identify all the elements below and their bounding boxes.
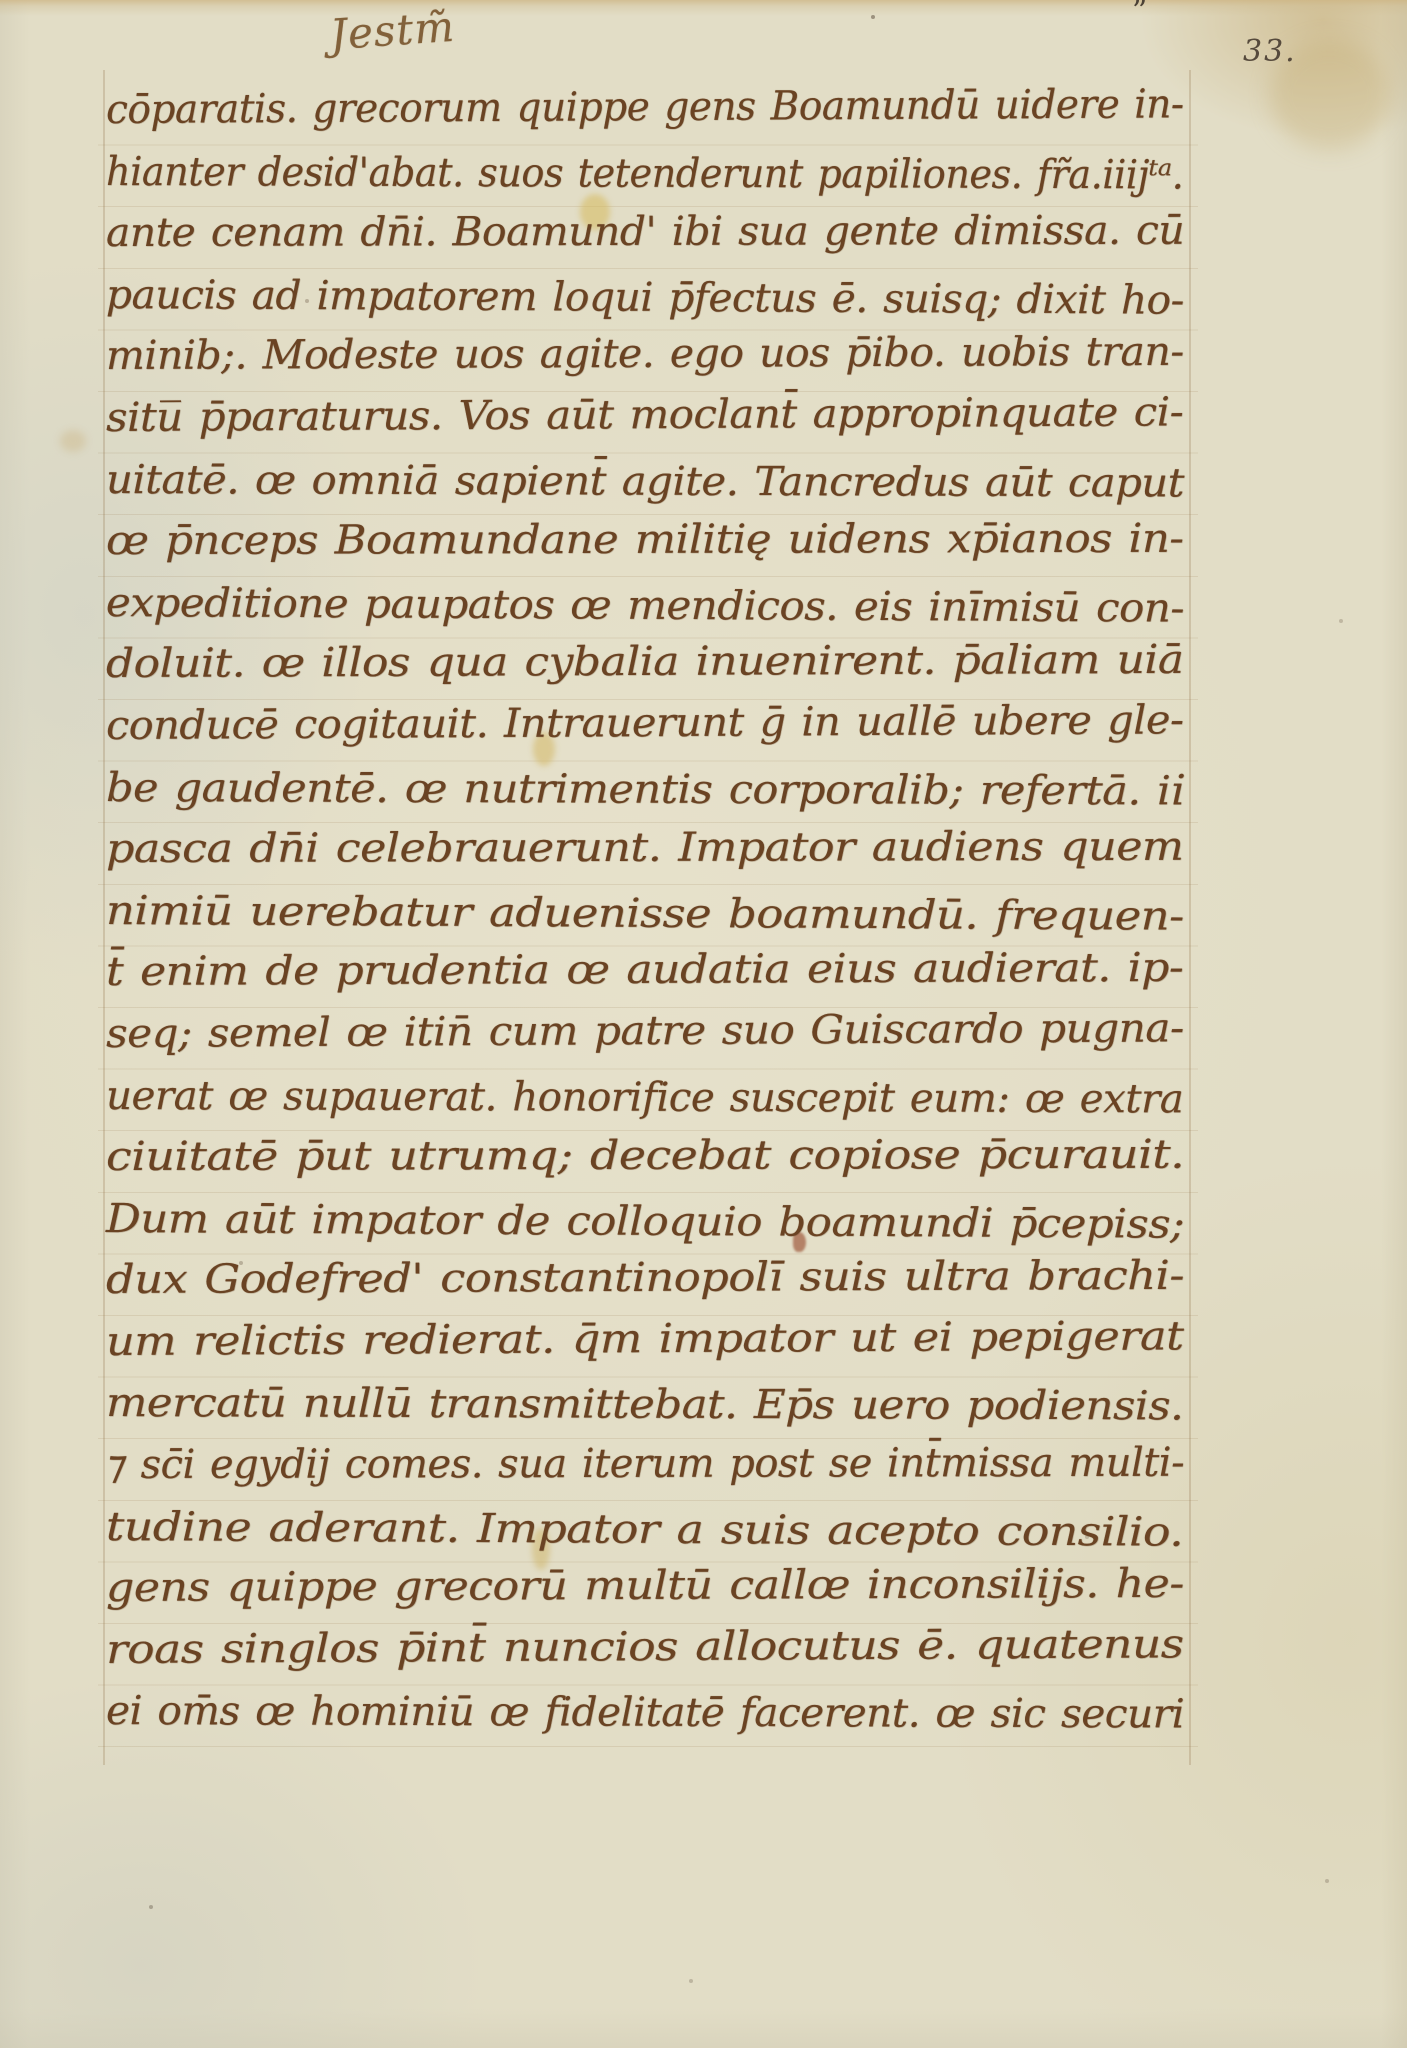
manuscript-line: conducē cogitauit. Intrauerunt ḡ in uall… bbox=[106, 690, 1192, 757]
manuscript-line: pasca dn̄i celebrauerunt. Impator audien… bbox=[106, 817, 1192, 881]
manuscript-line: ciuitatē p̄ut utrumq; decebat copiose p̄… bbox=[106, 1125, 1192, 1189]
text-block: cōparatis. grecorum quippe gens Boamundū… bbox=[106, 80, 1192, 1743]
manuscript-line: œ p̄nceps Boamundane militię uidens xp̄i… bbox=[106, 509, 1192, 573]
parchment-page: Jestm̃ 33. ” cōparatis. grecorum quippe … bbox=[0, 0, 1407, 2048]
manuscript-line: cōparatis. grecorum quippe gens Boamundū… bbox=[106, 74, 1192, 141]
manuscript-line: roas singlos p̄int̄ nuncios allocutus ē.… bbox=[106, 1614, 1192, 1681]
left-ruling-line bbox=[103, 70, 105, 1765]
manuscript-line: be gaudentē. œ nutrimentis corporalib; r… bbox=[106, 758, 1192, 823]
manuscript-line: mercatū nullū transmittebat. Ep̄s uero p… bbox=[106, 1373, 1192, 1438]
manuscript-line: uerat œ supauerat. honorifice suscepit e… bbox=[106, 1066, 1192, 1131]
manuscript-line: minib;. Modeste uos agite. ego uos p̄ibo… bbox=[106, 322, 1192, 388]
manuscript-line: ante cenam dn̄i. Boamund' ibi sua gente … bbox=[106, 201, 1192, 265]
manuscript-line: uitatē. œ omniā sapient̄ agite. Tancredu… bbox=[106, 450, 1192, 515]
manuscript-line: seq; semel œ itin̄ cum patre suo Guiscar… bbox=[106, 998, 1192, 1065]
manuscript-line: situ̅ p̄paraturus. Vos aūt moclant̄ appr… bbox=[106, 382, 1192, 449]
manuscript-line: um relictis redierat. q̄m impator ut ei … bbox=[106, 1306, 1192, 1373]
margin-stain bbox=[60, 430, 86, 452]
parchment-specks bbox=[0, 0, 2, 2]
manuscript-line: hianter desid'abat. suos tetenderunt pap… bbox=[106, 142, 1192, 207]
manuscript-line: doluit. œ illos qua cybalia inuenirent. … bbox=[106, 630, 1192, 696]
manuscript-line: dux Godefred' constantinopolī suis ultra… bbox=[106, 1246, 1192, 1312]
manuscript-line: ei om̄s œ hominiū œ fidelitatē facerent.… bbox=[106, 1681, 1192, 1746]
folio-number: 33. bbox=[1243, 34, 1297, 69]
manuscript-line: gens quippe grecorū multū callœ inconsil… bbox=[106, 1554, 1192, 1620]
manuscript-line: ⁊ sc̄i egydij comes. sua iterum post se … bbox=[106, 1433, 1192, 1497]
header-inscription: Jestm̃ bbox=[328, 2, 456, 60]
manuscript-line: t̄ enim de prudentia œ audatia eius audi… bbox=[106, 938, 1192, 1004]
edge-mark: ” bbox=[1132, 0, 1147, 29]
